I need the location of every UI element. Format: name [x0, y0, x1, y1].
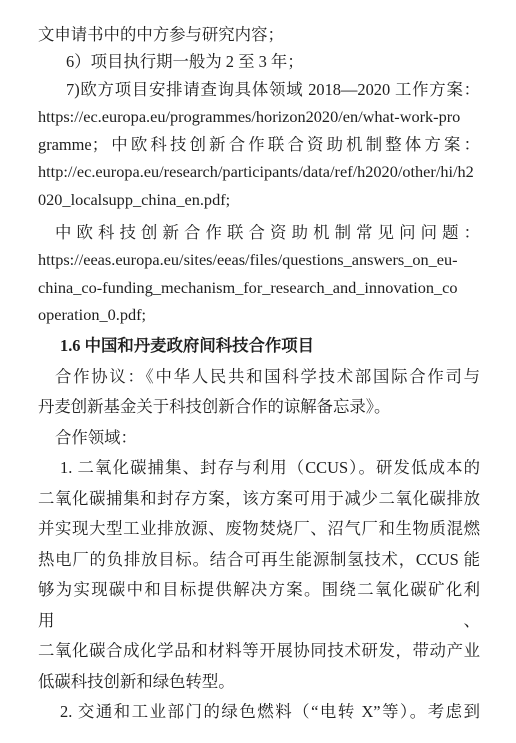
doc-line-url-eeas-2: china_co-funding_mechanism_for_research_… [38, 274, 480, 302]
doc-line-continued-paragraph: 文申请书中的中方参与研究内容； [38, 21, 480, 49]
doc-line-field1-ccus-5: 够为实现碳中和目标提供解决方案。围绕二氧化碳矿化利用、 [38, 575, 480, 636]
doc-line-field1-ccus-6: 二氧化碳合成化学品和材料等开展协同技术研发，带动产业 [38, 636, 480, 667]
doc-line-url-h2020-other: http://ec.europa.eu/research/participant… [38, 158, 480, 186]
doc-line-item-7: 7)欧方项目安排请查询具体领域 2018—2020 工作方案： [38, 76, 480, 104]
doc-line-joint-funding-plan: gramme；中欧科技创新合作联合资助机制整体方案： [38, 131, 480, 159]
doc-line-item-6: 6）项目执行期一般为 2 至 3 年； [38, 48, 480, 76]
doc-line-field2-green-fuels: 2. 交通和工业部门的绿色燃料（“电转 X”等）。考虑到 [38, 697, 480, 728]
doc-line-url-localsupp-pdf: 020_localsupp_china_en.pdf; [38, 186, 480, 214]
document-text-block: 文申请书中的中方参与研究内容； 6）项目执行期一般为 2 至 3 年； 7)欧方… [0, 0, 516, 728]
document-page: 文申请书中的中方参与研究内容； 6）项目执行期一般为 2 至 3 年； 7)欧方… [0, 0, 516, 743]
doc-line-agreement-2: 丹麦创新基金关于科技创新合作的谅解备忘录》。 [38, 392, 480, 423]
doc-line-faq-title: 中欧科技创新合作联合资助机制常见问问题： [38, 219, 480, 247]
section-1-6-heading: 1.6 中国和丹麦政府间科技合作项目 [38, 331, 480, 362]
doc-line-url-horizon2020: https://ec.europa.eu/programmes/horizon2… [38, 103, 480, 131]
doc-line-field1-ccus-2: 二氧化碳捕集和封存方案，该方案可用于减少二氧化碳排放 [38, 484, 480, 515]
doc-line-agreement-1: 合作协议：《中华人民共和国科学技术部国际合作司与 [38, 362, 480, 393]
doc-line-field1-ccus-7: 低碳科技创新和绿色转型。 [38, 667, 480, 698]
doc-line-field1-ccus-4: 热电厂的负排放目标。结合可再生能源制氢技术，CCUS 能 [38, 545, 480, 576]
doc-line-url-eeas-3: operation_0.pdf; [38, 301, 480, 329]
doc-line-field1-ccus-3: 并实现大型工业排放源、废物焚烧厂、沼气厂和生物质混燃 [38, 514, 480, 545]
doc-line-url-eeas-1: https://eeas.europa.eu/sites/eeas/files/… [38, 246, 480, 274]
doc-line-field1-ccus-1: 1. 二氧化碳捕集、封存与利用（CCUS）。研发低成本的 [38, 453, 480, 484]
doc-line-cooperation-fields: 合作领域： [38, 423, 480, 454]
